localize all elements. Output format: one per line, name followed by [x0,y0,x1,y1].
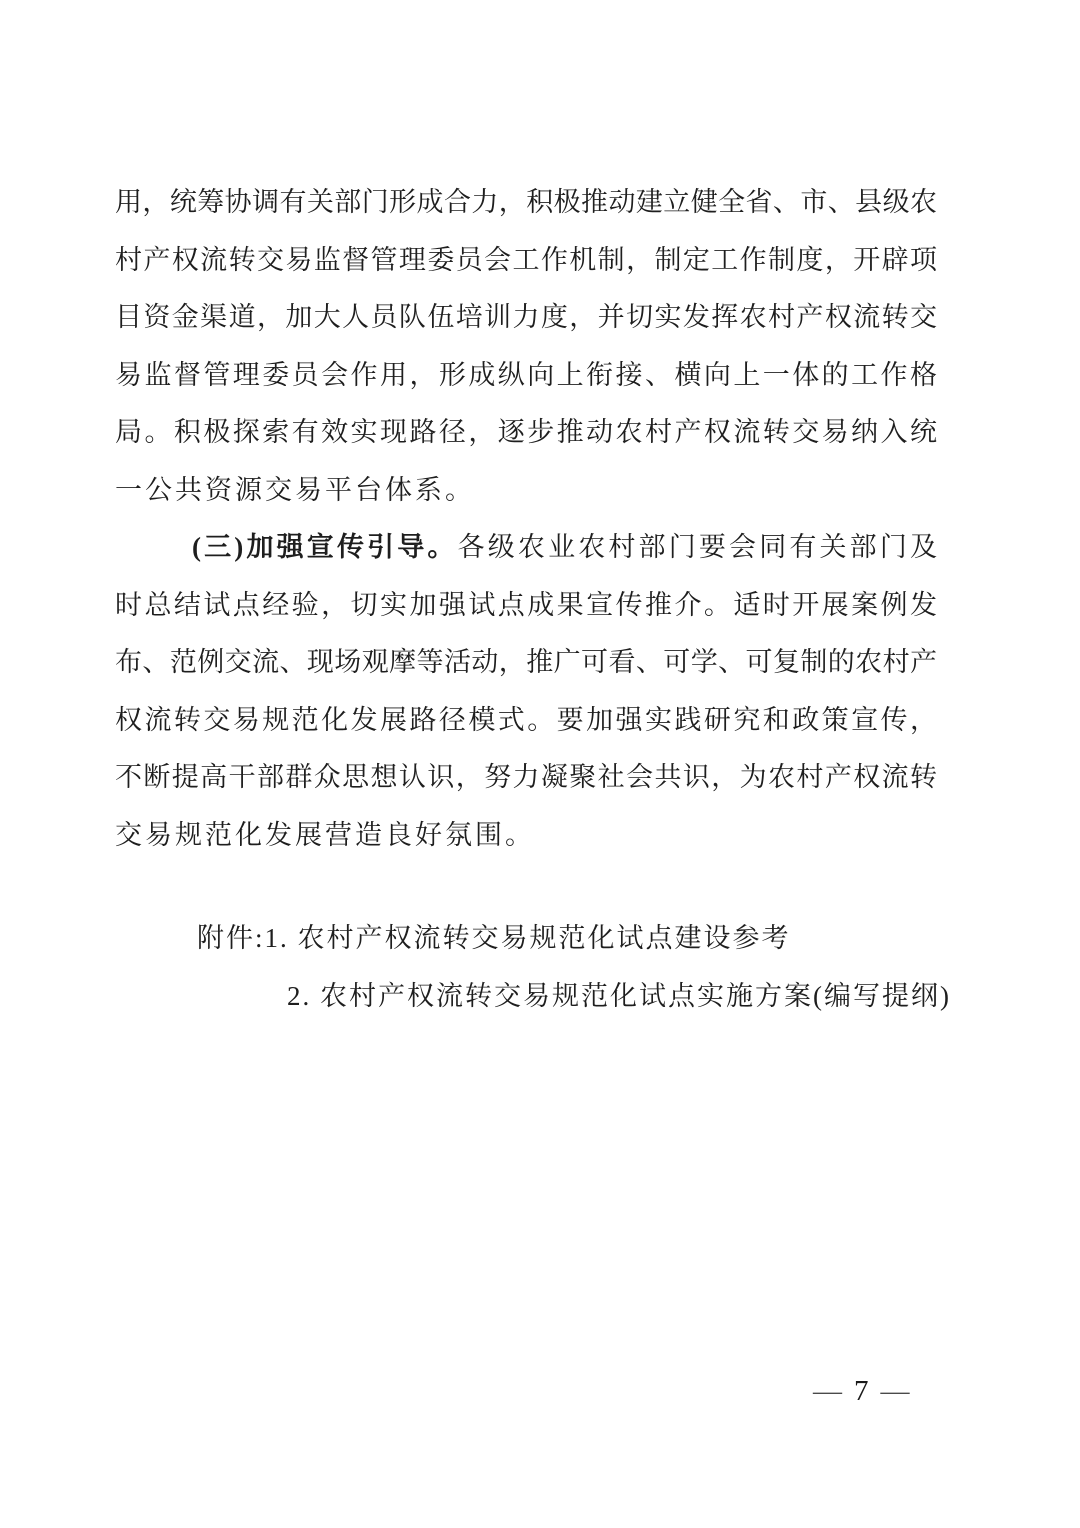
page-footer: — 7 — [813,1375,910,1407]
text-line: 交易规范化发展营造良好氛围。 [115,807,937,865]
body-text: 用，统筹协调有关部门形成合力，积极推动建立健全省、市、县级农 村产权流转交易监督… [115,174,937,864]
attachment-item-2: 2. 农村产权流转交易规范化试点实施方案(编写提纲) [115,968,995,1026]
text-line: 时总结试点经验，切实加强试点成果宣传推介。适时开展案例发 [115,577,937,635]
attachment-item-1: 附件:1. 农村产权流转交易规范化试点建设参考 [115,910,995,968]
text-line: 权流转交易规范化发展路径模式。要加强实践研究和政策宣传， [115,692,937,750]
text-line: 一公共资源交易平台体系。 [115,462,937,520]
text-line: 局。积极探索有效实现路径，逐步推动农村产权流转交易纳入统 [115,404,937,462]
section-heading: (三)加强宣传引导。 [192,532,458,562]
page-number: 7 [854,1375,869,1407]
text-line: 目资金渠道，加大人员队伍培训力度，并切实发挥农村产权流转交 [115,289,937,347]
text-line: 布、范例交流、现场观摩等活动，推广可看、可学、可复制的农村产 [115,634,937,692]
footer-right-dash: — [881,1375,910,1407]
text-line: 村产权流转交易监督管理委员会工作机制，制定工作制度，开辟项 [115,232,937,290]
text-line: 易监督管理委员会作用，形成纵向上衔接、横向上一体的工作格 [115,347,937,405]
attachments-block: 附件:1. 农村产权流转交易规范化试点建设参考 2. 农村产权流转交易规范化试点… [115,910,995,1025]
text-line: 用，统筹协调有关部门形成合力，积极推动建立健全省、市、县级农 [115,174,937,232]
document-page: 用，统筹协调有关部门形成合力，积极推动建立健全省、市、县级农 村产权流转交易监督… [0,0,1080,1528]
section-lead-text: 各级农业农村部门要会同有关部门及 [458,532,937,562]
text-line: 不断提高干部群众思想认识，努力凝聚社会共识，为农村产权流转 [115,749,937,807]
text-line: (三)加强宣传引导。各级农业农村部门要会同有关部门及 [115,519,937,577]
footer-left-dash: — [813,1375,842,1407]
